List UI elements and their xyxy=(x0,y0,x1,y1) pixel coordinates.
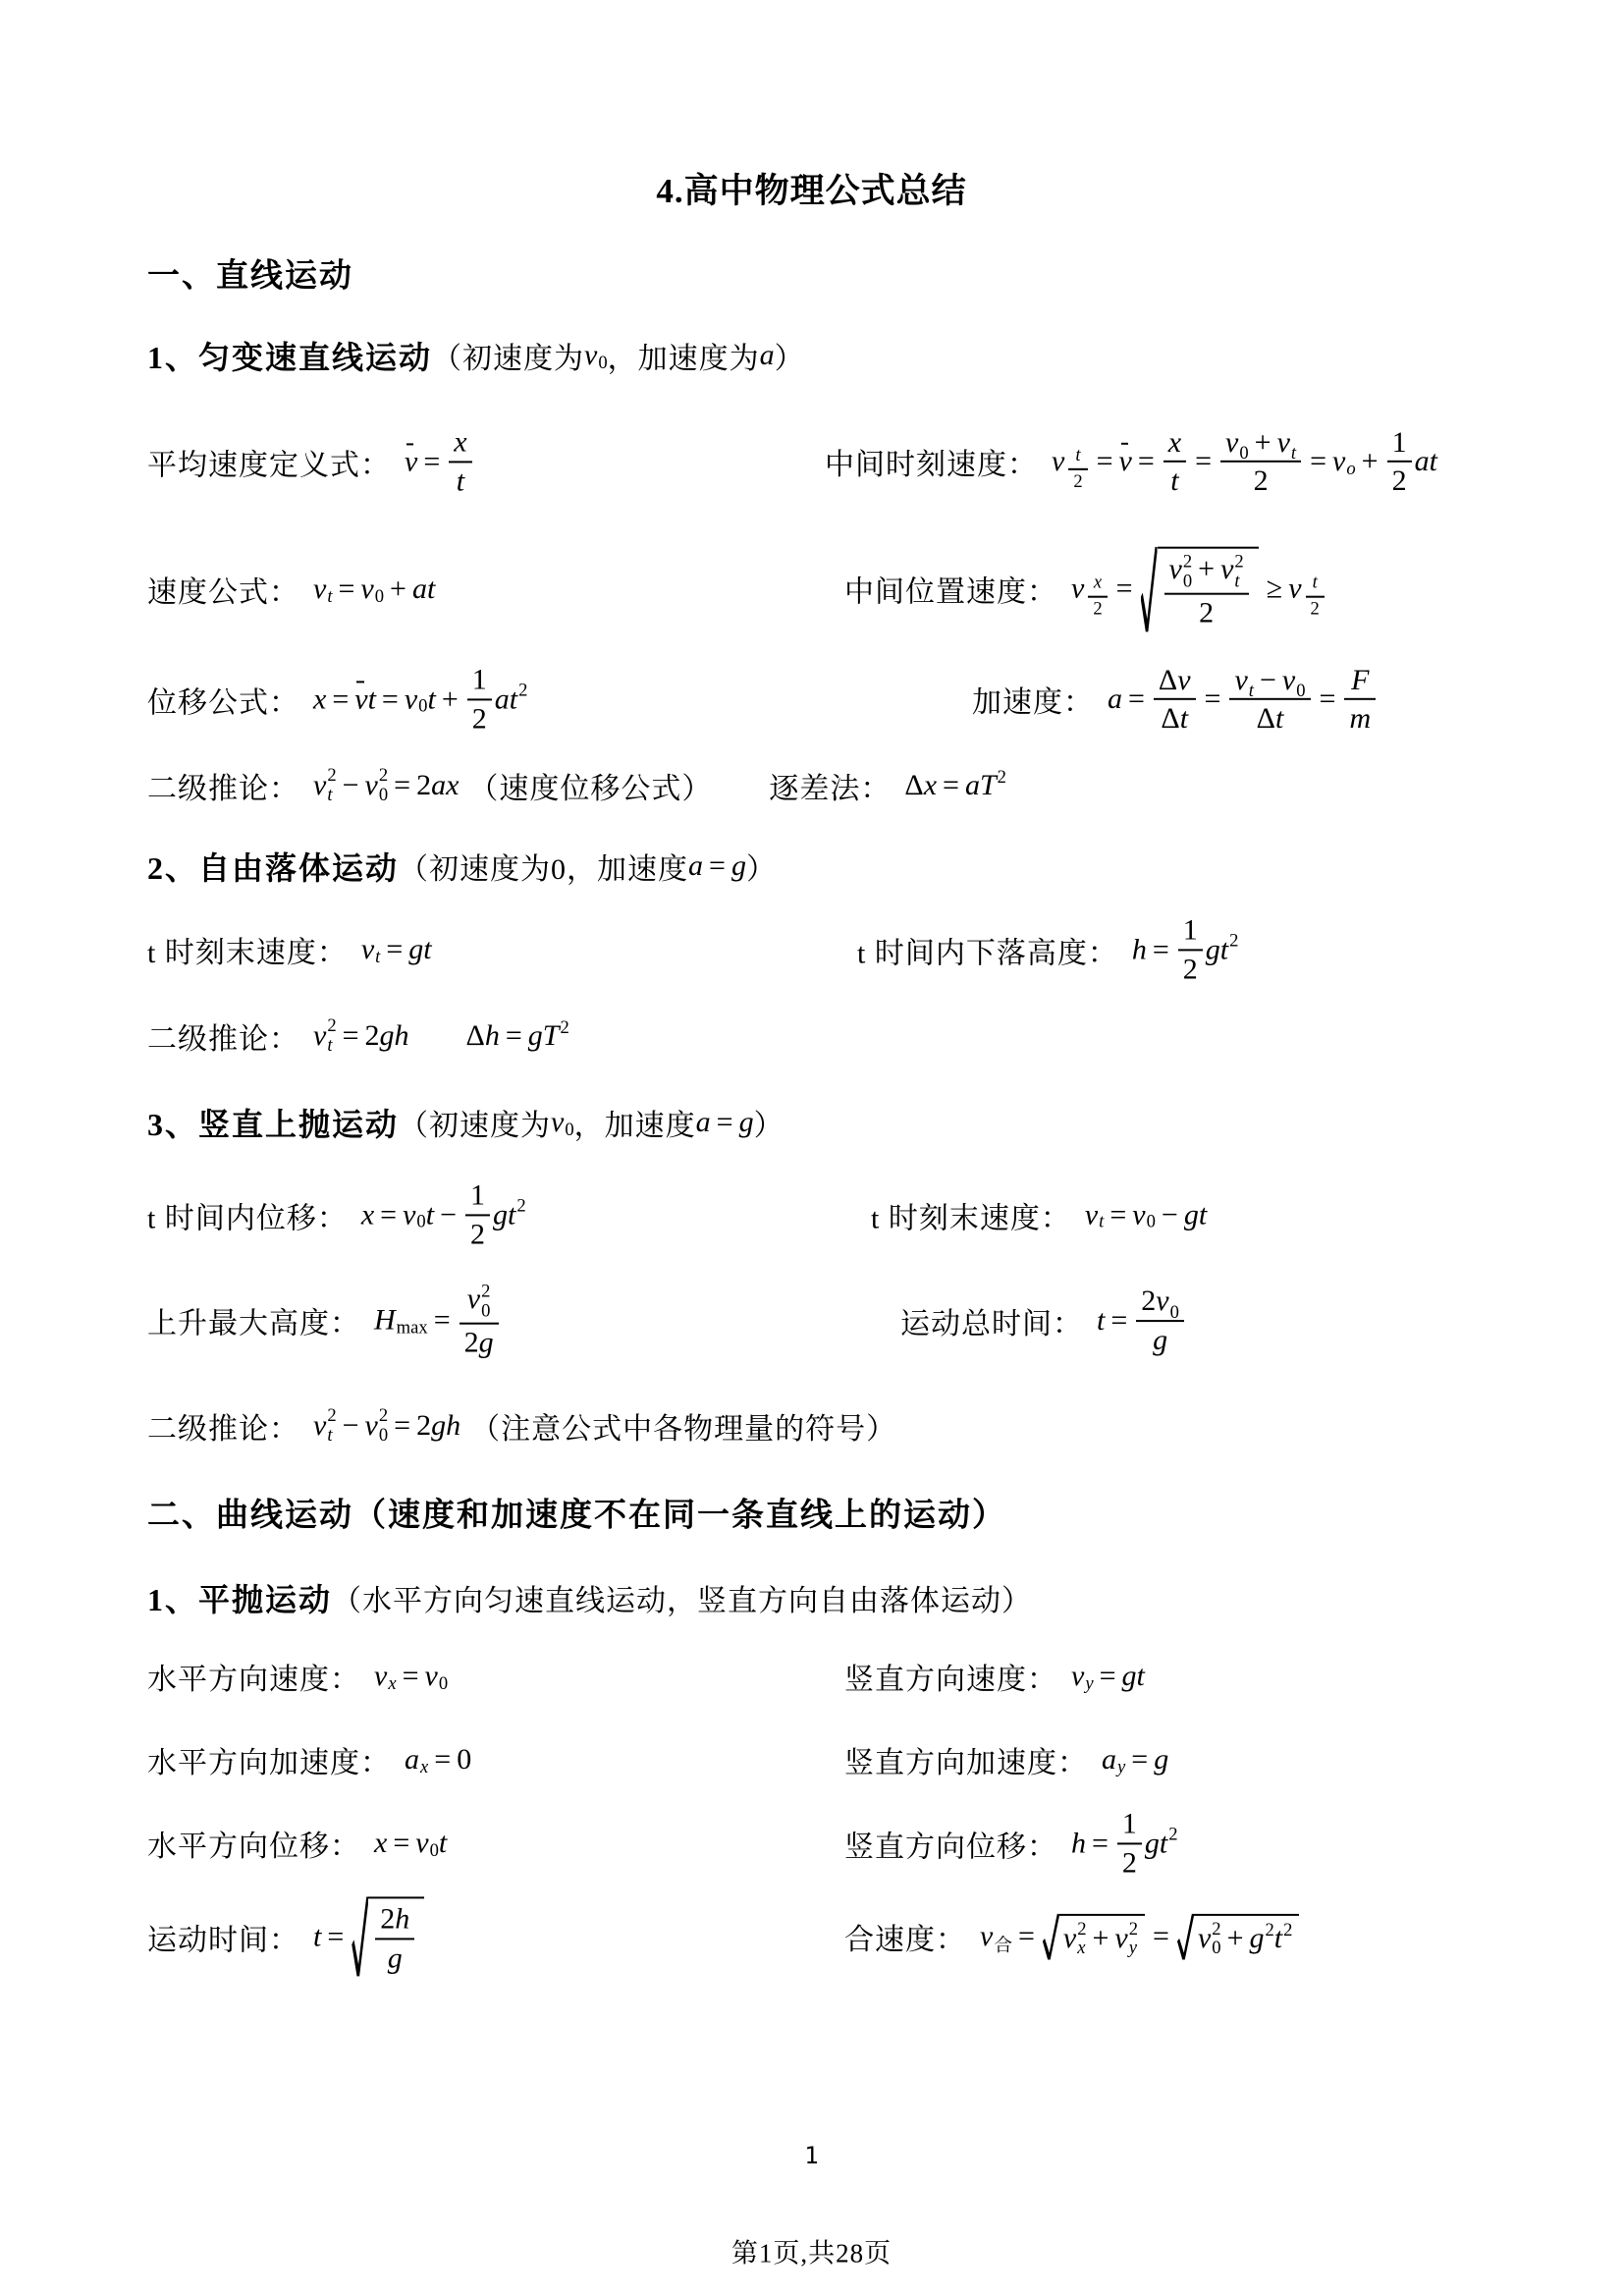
subsection-note: ） xyxy=(775,334,805,377)
page-number: 1 xyxy=(0,2142,1623,2169)
math-formula: vt=gt xyxy=(361,933,432,966)
formula-label: t 时间内位移： xyxy=(147,1193,348,1236)
formula-row: 速度公式：vt=v0+at中间位置速度：vx2=v20+v2t2≥vt2 xyxy=(147,568,1522,611)
formula-label: 中间时刻速度： xyxy=(825,440,1038,483)
formula-cell-left: 水平方向加速度：ax=0 xyxy=(147,1738,471,1781)
subsection-heading: 2、自由落体运动（初速度为0，加速度a=g） xyxy=(147,844,1522,889)
formula-label: t 时刻末速度： xyxy=(147,928,348,971)
math-formula: x=v0t xyxy=(374,1827,447,1860)
math-formula: t=2v0g xyxy=(1097,1285,1187,1356)
subsection-title: 3、竖直上抛运动 xyxy=(147,1100,399,1145)
formula-cell-left: 上升最大高度：Hmax=v202g xyxy=(147,1283,502,1360)
formula-label: 水平方向加速度： xyxy=(147,1738,391,1781)
subsection-title: 2、自由落体运动 xyxy=(147,844,399,889)
formula-cell-left: 水平方向位移：x=v0t xyxy=(147,1822,447,1865)
subsection-note: （水平方向匀速直线运动，竖直方向自由落体运动） xyxy=(332,1576,1032,1619)
formula-row: t 时刻末速度：vt=gtt 时间内下落高度：h=12gt2 xyxy=(147,928,1522,971)
section-heading: 一、直线运动 xyxy=(147,250,1522,297)
formula-row: 二级推论：v2t−v20=2gh（注意公式中各物理量的符号） xyxy=(147,1404,1522,1448)
math-formula: vx2=v20+v2t2≥vt2 xyxy=(1071,547,1327,632)
subsection-note: ，加速度 xyxy=(574,1101,696,1144)
formula-cell-right: 合速度：v合=v2x+v2y=v20+g2t2 xyxy=(844,1913,1301,1959)
math-formula: v合=v2x+v2y=v20+g2t2 xyxy=(980,1913,1301,1959)
page-footer: 第1页,共28页 xyxy=(0,2232,1623,2270)
formula-note: （注意公式中各物理量的符号） xyxy=(470,1404,896,1448)
formula-cell-right: 中间位置速度：vx2=v20+v2t2≥vt2 xyxy=(844,547,1327,632)
math-formula: vt2=v=xt=v0+vt2=vo+12at xyxy=(1052,425,1437,497)
formula-cell-right: 中间时刻速度：vt2=v=xt=v0+vt2=vo+12at xyxy=(825,425,1437,497)
formula-label: 竖直方向速度： xyxy=(844,1655,1057,1698)
math-formula: v=xt xyxy=(405,425,475,497)
math-formula: t=2hg xyxy=(313,1896,426,1976)
subsection-heading: 3、竖直上抛运动（初速度为v0，加速度a=g） xyxy=(147,1100,1522,1145)
formula-label: 平均速度定义式： xyxy=(147,440,391,483)
formula-cell-left: 平均速度定义式：v=xt xyxy=(147,425,475,497)
subsection-note: （初速度为 xyxy=(432,334,584,377)
math-formula: vy=gt xyxy=(1071,1660,1145,1693)
formula-label: 中间位置速度： xyxy=(844,568,1057,611)
math-formula: Δx=aT2 xyxy=(904,769,1006,802)
subsection-title: 1、平抛运动 xyxy=(147,1575,332,1620)
document-title: 4.高中物理公式总结 xyxy=(0,164,1623,213)
math-formula: vt=v0+at xyxy=(313,573,435,606)
math-formula: a xyxy=(760,339,775,372)
math-formula: x=v0t−12gt2 xyxy=(361,1178,526,1250)
formula-label: 水平方向速度： xyxy=(147,1655,360,1698)
formula-label: 竖直方向位移： xyxy=(844,1822,1057,1865)
formula-cell-right: t 时刻末速度：vt=v0−gt xyxy=(871,1193,1207,1236)
formula-row: 水平方向位移：x=v0t竖直方向位移：h=12gt2 xyxy=(147,1822,1522,1865)
section-heading: 二、曲线运动（速度和加速度不在同一条直线上的运动） xyxy=(147,1490,1522,1536)
formula-cell-left: t 时刻末速度：vt=gt xyxy=(147,928,432,971)
formula-label: 速度公式： xyxy=(147,568,299,611)
formula-label: 水平方向位移： xyxy=(147,1822,360,1865)
formula-row: 上升最大高度：Hmax=v202g运动总时间：t=2v0g xyxy=(147,1283,1522,1360)
math-formula: h=12gt2 xyxy=(1132,913,1239,985)
math-formula: vt=v0−gt xyxy=(1085,1198,1207,1231)
formula-cell-left: 位移公式：x=vt=v0t+12at2 xyxy=(147,663,527,735)
formula-cell-left: t 时间内位移：x=v0t−12gt2 xyxy=(147,1178,526,1250)
formula-label: 合速度： xyxy=(844,1915,966,1958)
formula-label: 逐差法： xyxy=(769,764,891,807)
subsection-heading: 1、匀变速直线运动（初速度为v0，加速度为a） xyxy=(147,333,1522,378)
formula-label: 上升最大高度： xyxy=(147,1299,360,1342)
subsection-note: （初速度为 xyxy=(399,1101,551,1144)
formula-label: 运动总时间： xyxy=(900,1299,1083,1342)
subsection-note: （初速度为0，加速度 xyxy=(399,845,688,888)
math-formula: ay=g xyxy=(1102,1743,1168,1777)
math-formula: vx=v0 xyxy=(374,1660,448,1693)
math-formula: x=vt=v0t+12at2 xyxy=(313,663,527,735)
formula-row: t 时间内位移：x=v0t−12gt2t 时刻末速度：vt=v0−gt xyxy=(147,1178,1522,1250)
formula-cell-right: 竖直方向位移：h=12gt2 xyxy=(844,1807,1178,1879)
section-heading-text: 二、曲线运动（速度和加速度不在同一条直线上的运动） xyxy=(147,1490,1006,1536)
formula-label: 竖直方向加速度： xyxy=(844,1738,1088,1781)
formula-row: 水平方向加速度：ax=0竖直方向加速度：ay=g xyxy=(147,1738,1522,1781)
formula-label: t 时刻末速度： xyxy=(871,1193,1071,1236)
math-formula: a=g xyxy=(696,1106,754,1139)
subsection-note: ） xyxy=(746,845,777,888)
formula-label: 运动时间： xyxy=(147,1915,299,1958)
math-formula: v2t−v20=2gh xyxy=(313,1406,460,1445)
section-heading-text: 一、直线运动 xyxy=(147,250,353,297)
math-formula: ax=0 xyxy=(405,1743,471,1777)
formula-cell-left: 速度公式：vt=v0+at xyxy=(147,568,435,611)
formula-row: 二级推论：v2t−v20=2ax（速度位移公式）逐差法：Δx=aT2 xyxy=(147,764,1522,807)
math-formula: v0 xyxy=(551,1106,574,1139)
formula-cell-right: 竖直方向速度：vy=gt xyxy=(844,1655,1145,1698)
radical-sign xyxy=(1141,547,1158,632)
subsection-heading: 1、平抛运动 （水平方向匀速直线运动，竖直方向自由落体运动） xyxy=(147,1575,1522,1620)
math-formula: Hmax=v202g xyxy=(374,1283,502,1360)
formula-row: 位移公式：x=vt=v0t+12at2加速度：a=ΔvΔt=vt−v0Δt=Fm xyxy=(147,663,1522,735)
formula-row: 水平方向速度：vx=v0竖直方向速度：vy=gt xyxy=(147,1655,1522,1698)
radical-sign xyxy=(1177,1913,1194,1959)
formula-label: 加速度： xyxy=(972,678,1094,721)
math-formula: a=ΔvΔt=vt−v0Δt=Fm xyxy=(1108,663,1379,735)
math-formula: h=12gt2 xyxy=(1071,1807,1178,1879)
formula-cell-right: t 时间内下落高度：h=12gt2 xyxy=(857,913,1238,985)
math-formula: v2t=2gh xyxy=(313,1016,409,1055)
formula-label: t 时间内下落高度： xyxy=(857,928,1118,971)
formula-label: 二级推论： xyxy=(147,1404,299,1448)
formula-label: 二级推论： xyxy=(147,764,299,807)
formula-cell-left: 运动时间：t=2hg xyxy=(147,1896,426,1976)
formula-row: 运动时间：t=2hg合速度：v合=v2x+v2y=v20+g2t2 xyxy=(147,1896,1522,1976)
subsection-note: ） xyxy=(754,1101,784,1144)
formula-cell-right: 运动总时间：t=2v0g xyxy=(900,1285,1187,1356)
radical-sign xyxy=(1043,1913,1059,1959)
radical-sign xyxy=(352,1896,368,1976)
subsection-note: ，加速度为 xyxy=(608,334,760,377)
formula-cell-left: 水平方向速度：vx=v0 xyxy=(147,1655,448,1698)
math-formula: v2t−v20=2ax xyxy=(313,766,459,804)
formula-label: 二级推论： xyxy=(147,1014,299,1058)
math-formula: a=g xyxy=(688,849,746,883)
formula-label: 位移公式： xyxy=(147,678,299,721)
math-formula: v0 xyxy=(584,339,608,372)
formula-row: 二级推论：v2t=2ghΔh=gT2 xyxy=(147,1014,1522,1058)
formula-cell-right: 竖直方向加速度：ay=g xyxy=(844,1738,1168,1781)
subsection-title: 1、匀变速直线运动 xyxy=(147,333,432,378)
formula-note: （速度位移公式） xyxy=(468,764,712,807)
formula-cell-right: 加速度：a=ΔvΔt=vt−v0Δt=Fm xyxy=(972,663,1379,735)
formula-row: 平均速度定义式：v=xt中间时刻速度：vt2=v=xt=v0+vt2=vo+12… xyxy=(147,425,1522,497)
math-formula: Δh=gT2 xyxy=(466,1019,569,1053)
